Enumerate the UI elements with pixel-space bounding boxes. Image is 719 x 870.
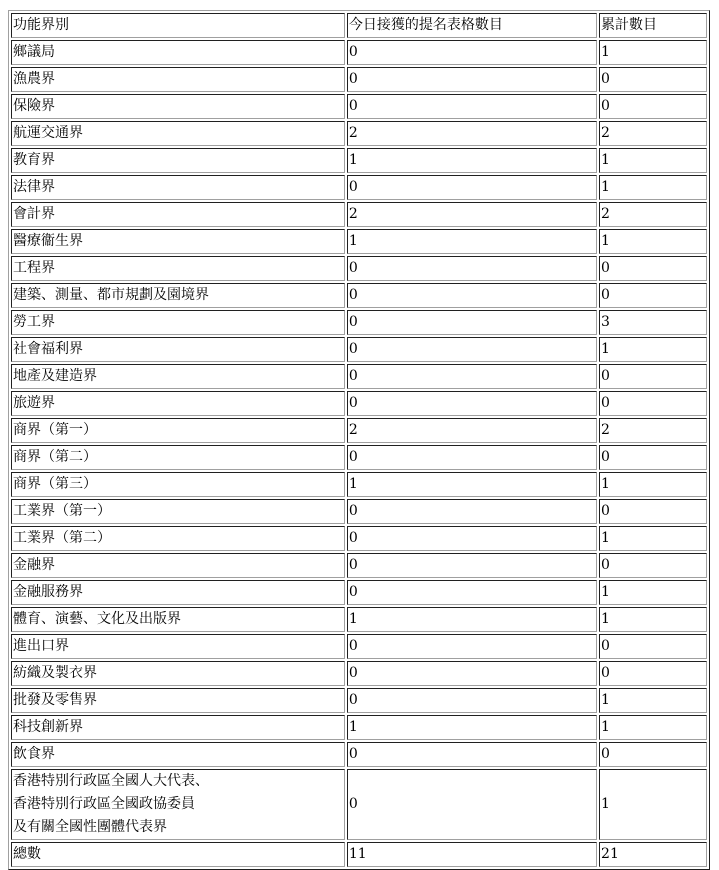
today-count: 2 bbox=[347, 121, 597, 146]
today-count: 1 bbox=[347, 148, 597, 173]
table-row: 金融界00 bbox=[11, 553, 707, 578]
sector-name: 飲食界 bbox=[11, 742, 345, 767]
table-header-row: 功能界別 今日接獲的提名表格數目 累計數目 bbox=[11, 13, 707, 38]
cumulative-count: 1 bbox=[599, 472, 707, 497]
table-row: 科技創新界11 bbox=[11, 715, 707, 740]
today-count: 0 bbox=[347, 769, 597, 840]
today-count: 0 bbox=[347, 94, 597, 119]
sector-name: 會計界 bbox=[11, 202, 345, 227]
cumulative-count: 1 bbox=[599, 715, 707, 740]
sector-name: 地產及建造界 bbox=[11, 364, 345, 389]
table-row: 漁農界00 bbox=[11, 67, 707, 92]
cumulative-count: 0 bbox=[599, 94, 707, 119]
cumulative-count: 0 bbox=[599, 256, 707, 281]
today-count: 2 bbox=[347, 418, 597, 443]
today-count: 1 bbox=[347, 715, 597, 740]
table-row: 體育、演藝、文化及出版界11 bbox=[11, 607, 707, 632]
today-count: 1 bbox=[347, 472, 597, 497]
table-row: 批發及零售界01 bbox=[11, 688, 707, 713]
sector-name: 科技創新界 bbox=[11, 715, 345, 740]
today-count: 0 bbox=[347, 364, 597, 389]
today-count: 0 bbox=[347, 283, 597, 308]
sector-name: 法律界 bbox=[11, 175, 345, 200]
cumulative-count: 3 bbox=[599, 310, 707, 335]
cumulative-count: 1 bbox=[599, 229, 707, 254]
table-row: 商界（第二）00 bbox=[11, 445, 707, 470]
sector-name: 教育界 bbox=[11, 148, 345, 173]
table-row: 商界（第三）11 bbox=[11, 472, 707, 497]
cumulative-count: 2 bbox=[599, 202, 707, 227]
table-row: 金融服務界01 bbox=[11, 580, 707, 605]
sector-name: 勞工界 bbox=[11, 310, 345, 335]
table-row: 工程界00 bbox=[11, 256, 707, 281]
today-count: 0 bbox=[347, 310, 597, 335]
cumulative-count: 0 bbox=[599, 391, 707, 416]
sector-name: 社會福利界 bbox=[11, 337, 345, 362]
table-row: 工業界（第二）01 bbox=[11, 526, 707, 551]
cumulative-count: 0 bbox=[599, 283, 707, 308]
sector-name: 商界（第二） bbox=[11, 445, 345, 470]
sector-name: 批發及零售界 bbox=[11, 688, 345, 713]
sector-name: 保險界 bbox=[11, 94, 345, 119]
cumulative-count: 2 bbox=[599, 121, 707, 146]
today-count: 0 bbox=[347, 67, 597, 92]
cumulative-count: 0 bbox=[599, 742, 707, 767]
today-count: 0 bbox=[347, 526, 597, 551]
today-count: 0 bbox=[347, 445, 597, 470]
sector-name: 金融界 bbox=[11, 553, 345, 578]
table-row: 醫療衞生界11 bbox=[11, 229, 707, 254]
sector-name-line: 香港特別行政區全國人大代表、 bbox=[13, 770, 343, 793]
total-today-count: 11 bbox=[347, 842, 597, 867]
sector-name: 商界（第一） bbox=[11, 418, 345, 443]
cumulative-count: 1 bbox=[599, 175, 707, 200]
table-row: 航運交通界22 bbox=[11, 121, 707, 146]
sector-name: 體育、演藝、文化及出版界 bbox=[11, 607, 345, 632]
table-row: 會計界22 bbox=[11, 202, 707, 227]
sector-name: 商界（第三） bbox=[11, 472, 345, 497]
sector-name: 進出口界 bbox=[11, 634, 345, 659]
cumulative-count: 1 bbox=[599, 769, 707, 840]
cumulative-count: 0 bbox=[599, 553, 707, 578]
sector-name: 金融服務界 bbox=[11, 580, 345, 605]
table-row: 商界（第一）22 bbox=[11, 418, 707, 443]
sector-name: 旅遊界 bbox=[11, 391, 345, 416]
cumulative-count: 1 bbox=[599, 688, 707, 713]
today-count: 0 bbox=[347, 256, 597, 281]
sector-name-multiline: 香港特別行政區全國人大代表、 香港特別行政區全國政協委員 及有關全國性團體代表界 bbox=[11, 769, 345, 840]
header-sector: 功能界別 bbox=[11, 13, 345, 38]
today-count: 0 bbox=[347, 688, 597, 713]
table-row: 地產及建造界00 bbox=[11, 364, 707, 389]
table-row: 建築、測量、都市規劃及園境界00 bbox=[11, 283, 707, 308]
table-row-npc-cppcc: 香港特別行政區全國人大代表、 香港特別行政區全國政協委員 及有關全國性團體代表界… bbox=[11, 769, 707, 840]
sector-name: 工業界（第二） bbox=[11, 526, 345, 551]
cumulative-count: 1 bbox=[599, 580, 707, 605]
table-total-row: 總數 11 21 bbox=[11, 842, 707, 867]
table-row: 法律界01 bbox=[11, 175, 707, 200]
sector-name: 航運交通界 bbox=[11, 121, 345, 146]
today-count: 0 bbox=[347, 742, 597, 767]
total-label: 總數 bbox=[11, 842, 345, 867]
header-today-count: 今日接獲的提名表格數目 bbox=[347, 13, 597, 38]
table-row: 進出口界00 bbox=[11, 634, 707, 659]
sector-name-line: 及有關全國性團體代表界 bbox=[13, 816, 343, 839]
sector-name: 鄉議局 bbox=[11, 40, 345, 65]
table-row: 鄉議局01 bbox=[11, 40, 707, 65]
sector-name: 工業界（第一） bbox=[11, 499, 345, 524]
cumulative-count: 0 bbox=[599, 499, 707, 524]
table-row: 飲食界00 bbox=[11, 742, 707, 767]
cumulative-count: 0 bbox=[599, 634, 707, 659]
table-row: 工業界（第一）00 bbox=[11, 499, 707, 524]
sector-name: 漁農界 bbox=[11, 67, 345, 92]
table-row: 社會福利界01 bbox=[11, 337, 707, 362]
cumulative-count: 0 bbox=[599, 67, 707, 92]
cumulative-count: 1 bbox=[599, 607, 707, 632]
sector-name: 紡織及製衣界 bbox=[11, 661, 345, 686]
today-count: 2 bbox=[347, 202, 597, 227]
table-row: 紡織及製衣界00 bbox=[11, 661, 707, 686]
today-count: 0 bbox=[347, 553, 597, 578]
today-count: 0 bbox=[347, 391, 597, 416]
cumulative-count: 0 bbox=[599, 364, 707, 389]
table-row: 旅遊界00 bbox=[11, 391, 707, 416]
today-count: 1 bbox=[347, 607, 597, 632]
sector-name: 工程界 bbox=[11, 256, 345, 281]
today-count: 0 bbox=[347, 175, 597, 200]
cumulative-count: 0 bbox=[599, 661, 707, 686]
today-count: 1 bbox=[347, 229, 597, 254]
today-count: 0 bbox=[347, 337, 597, 362]
cumulative-count: 0 bbox=[599, 445, 707, 470]
today-count: 0 bbox=[347, 499, 597, 524]
header-cumulative-count: 累計數目 bbox=[599, 13, 707, 38]
cumulative-count: 1 bbox=[599, 337, 707, 362]
today-count: 0 bbox=[347, 634, 597, 659]
today-count: 0 bbox=[347, 580, 597, 605]
cumulative-count: 1 bbox=[599, 526, 707, 551]
cumulative-count: 1 bbox=[599, 40, 707, 65]
nominations-table-container: 功能界別 今日接獲的提名表格數目 累計數目 鄉議局01 漁農界00 保險界00 … bbox=[8, 10, 710, 870]
sector-name: 醫療衞生界 bbox=[11, 229, 345, 254]
table-row: 保險界00 bbox=[11, 94, 707, 119]
sector-name: 建築、測量、都市規劃及園境界 bbox=[11, 283, 345, 308]
cumulative-count: 1 bbox=[599, 148, 707, 173]
today-count: 0 bbox=[347, 661, 597, 686]
cumulative-count: 2 bbox=[599, 418, 707, 443]
table-row: 教育界11 bbox=[11, 148, 707, 173]
today-count: 0 bbox=[347, 40, 597, 65]
table-row: 勞工界03 bbox=[11, 310, 707, 335]
sector-name-line: 香港特別行政區全國政協委員 bbox=[13, 793, 343, 816]
total-cumulative-count: 21 bbox=[599, 842, 707, 867]
nominations-table: 功能界別 今日接獲的提名表格數目 累計數目 鄉議局01 漁農界00 保險界00 … bbox=[8, 10, 710, 870]
